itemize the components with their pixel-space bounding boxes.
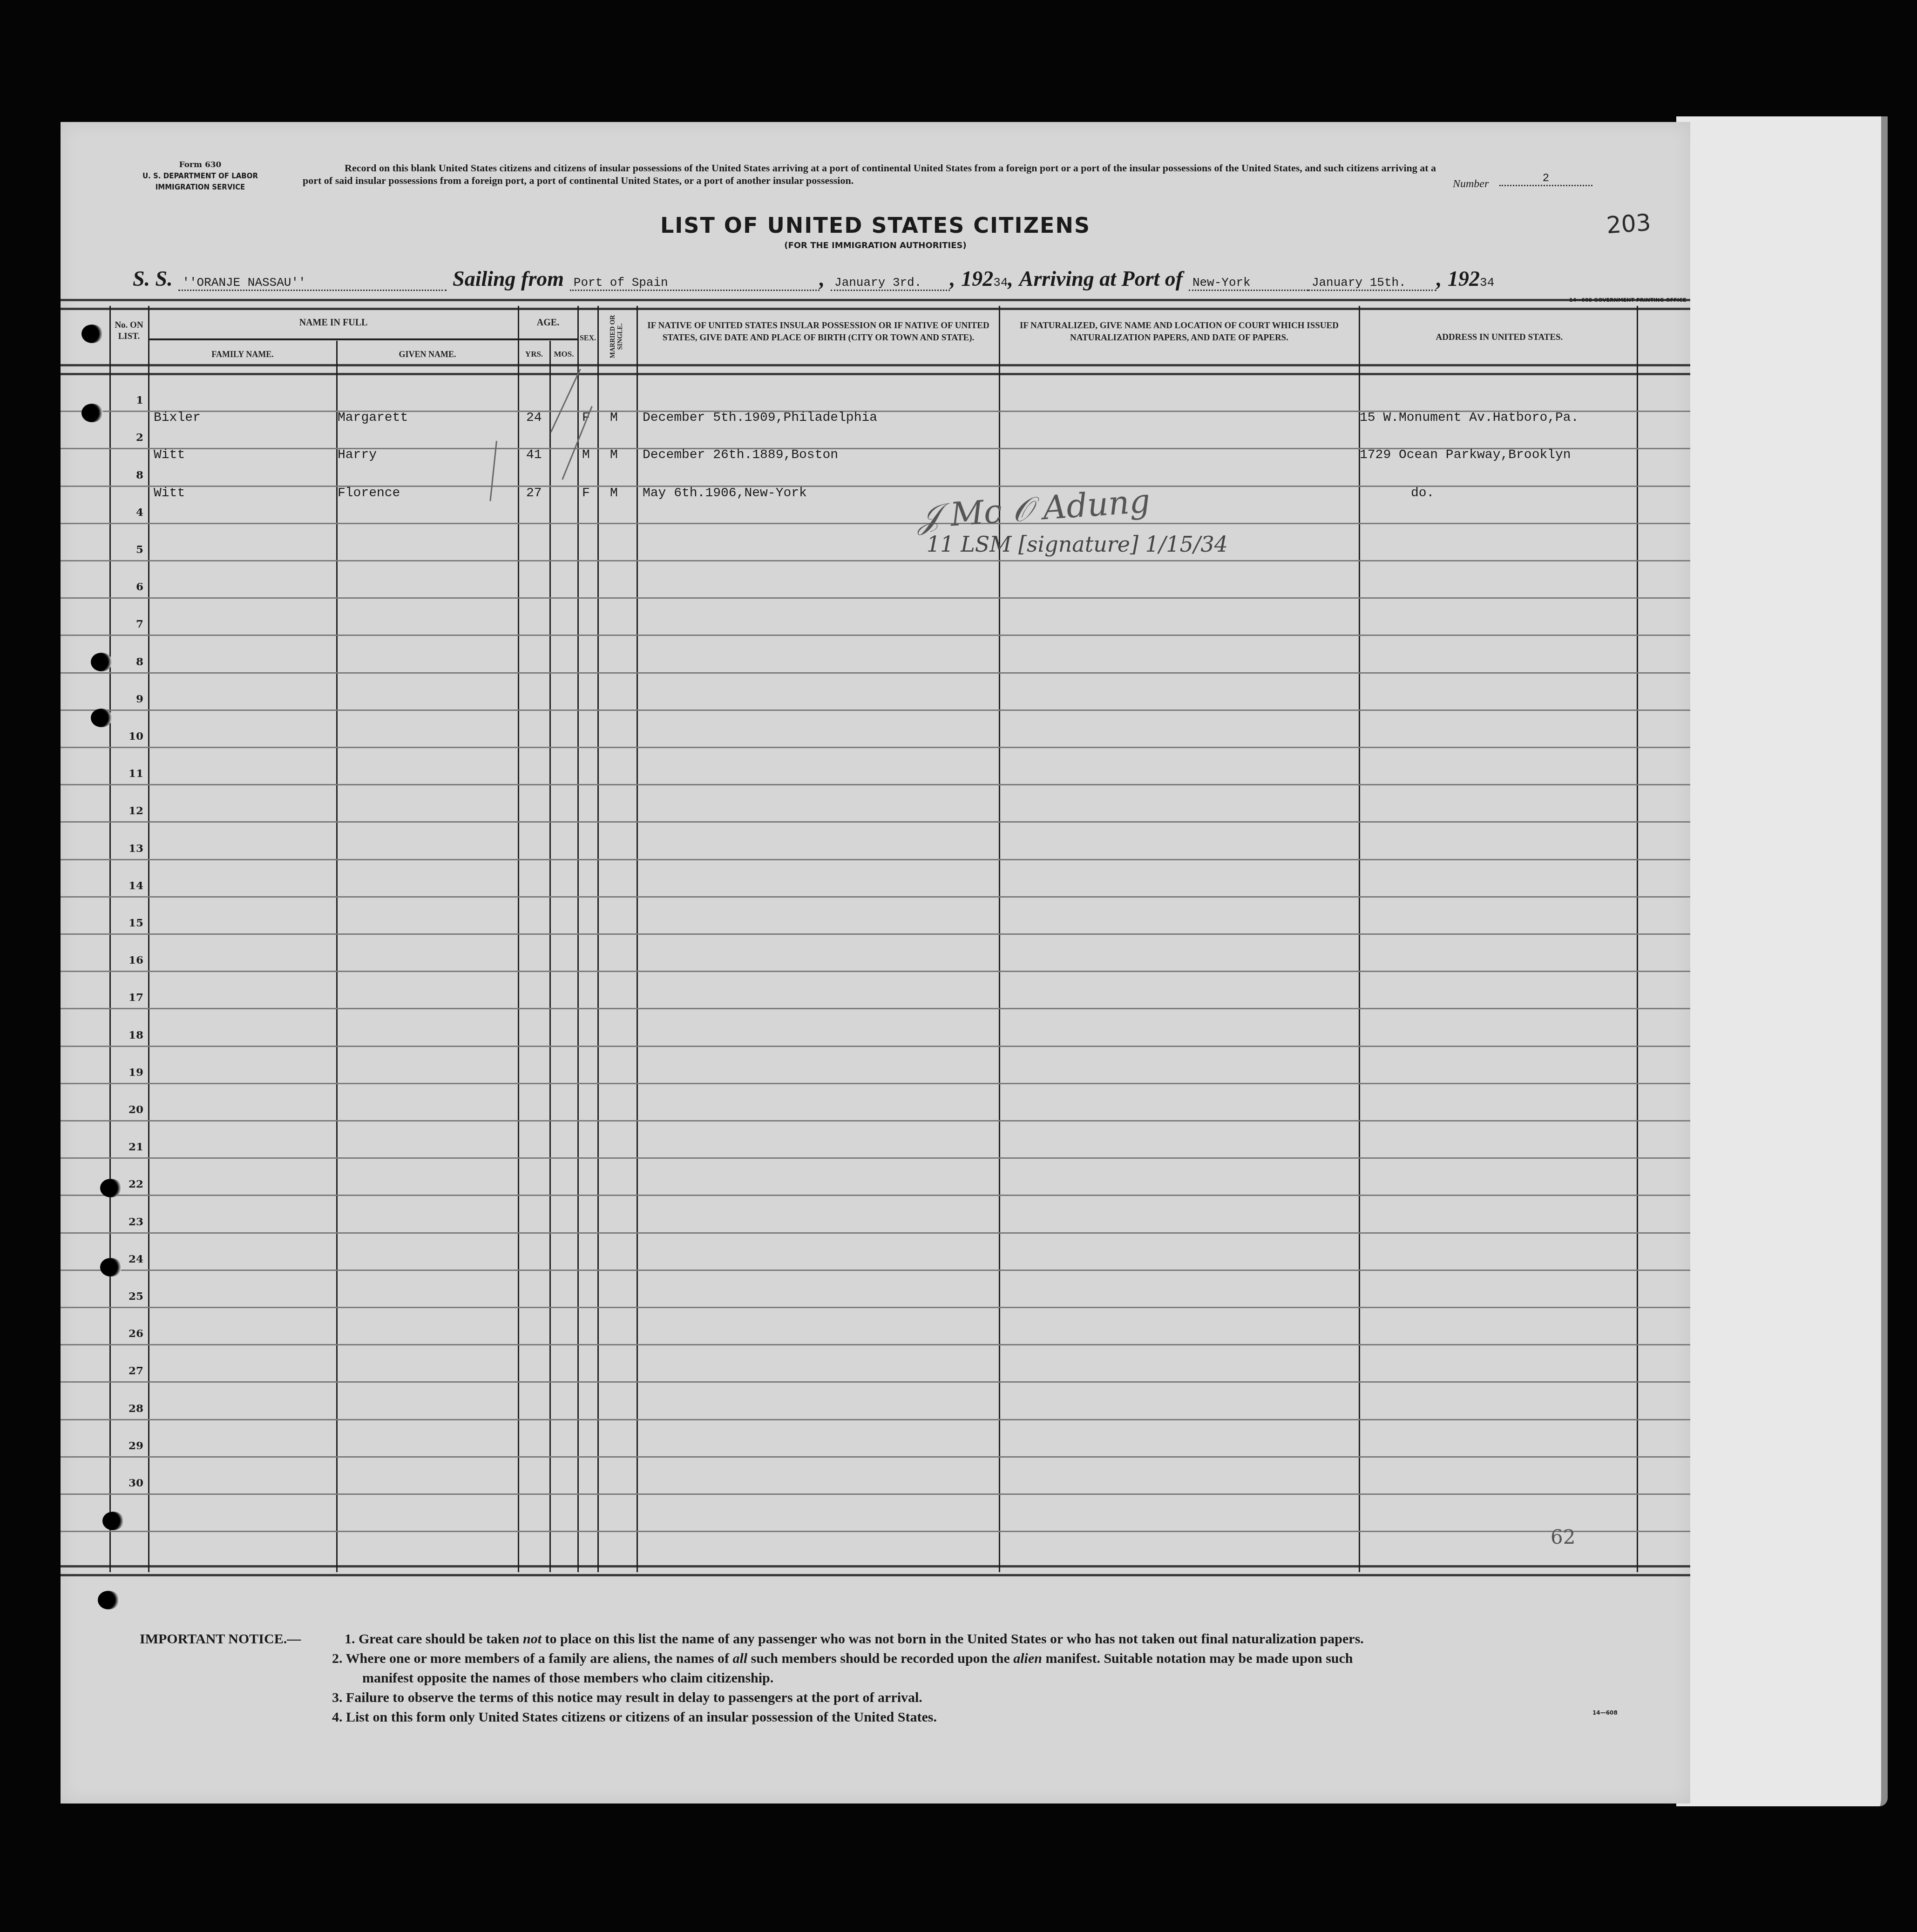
notice-item-number: 2. (332, 1651, 343, 1666)
row-rule (61, 821, 1690, 823)
notice-item-text: Where one or more members of a family ar… (345, 1651, 732, 1666)
row-number: 4 (111, 506, 143, 519)
row-number: 20 (111, 1103, 143, 1116)
row-rule (61, 1344, 1690, 1345)
name-age-subheader-rule (149, 338, 577, 340)
row-rule (61, 1419, 1690, 1420)
arrival-port: New-York (1189, 276, 1308, 291)
row-number: 8 (111, 655, 143, 668)
sex-cell: M (582, 448, 590, 462)
row-rule (61, 560, 1690, 561)
row-rule (61, 1381, 1690, 1383)
departure-port: Port of Spain (570, 276, 820, 291)
header-top-rule (61, 299, 1690, 310)
row-number: 13 (111, 842, 143, 855)
row-number: 30 (111, 1477, 143, 1489)
underlying-blank-sheet (1676, 116, 1888, 1806)
row-number: 6 (111, 581, 143, 593)
birth-cell: December 5th.1909,Philadelphia (643, 411, 877, 425)
punch-hole (81, 404, 103, 422)
row-rule (61, 1232, 1690, 1234)
row-number: 5 (111, 543, 143, 556)
department-name: U. S. DEPARTMENT OF LABOR (135, 170, 265, 182)
form-instructions: Record on this blank United States citiz… (303, 162, 1448, 187)
row-rule (61, 486, 1690, 487)
row-number: 23 (111, 1216, 143, 1228)
address-cell: 15 W.Monument Av.Hatboro,Pa. (1360, 411, 1578, 425)
row-rule (61, 933, 1690, 935)
header-name-in-full: NAME IN FULL (149, 317, 518, 329)
punch-hole (100, 1179, 122, 1197)
departure-year-suffix: 34 (993, 276, 1008, 290)
row-number: 26 (111, 1327, 143, 1340)
row-number: 7 (111, 618, 143, 630)
row-rule (61, 1456, 1690, 1458)
notice-item-number: 1. (345, 1631, 355, 1647)
arrival-year-suffix: 34 (1480, 276, 1494, 290)
row-number: 27 (111, 1365, 143, 1377)
header-naturalization: IF NATURALIZED, GIVE NAME AND LOCATION O… (1006, 320, 1353, 344)
notice-item-text: List on this form only United States cit… (346, 1709, 937, 1725)
birth-cell: December 26th.1889,Boston (643, 448, 838, 462)
marital-cell: M (610, 448, 618, 462)
row-number: 19 (111, 1066, 143, 1079)
notice-item-continuation: manifest opposite the names of those mem… (140, 1669, 1676, 1688)
row-number: 17 (111, 991, 143, 1004)
service-name: IMMIGRATION SERVICE (135, 182, 265, 193)
marital-cell: M (610, 411, 618, 425)
row-rule (61, 523, 1690, 524)
header-no-on-list: No. ON LIST. (110, 320, 148, 342)
row-number: 18 (111, 1029, 143, 1041)
punch-hole (98, 1591, 119, 1609)
number-value: 2 (1499, 172, 1592, 186)
row-rule (61, 635, 1690, 636)
page-title: LIST OF UNITED STATES CITIZENS (61, 213, 1690, 238)
header-age-mos: MOS. (550, 348, 577, 360)
row-rule (61, 1493, 1690, 1495)
age-yrs-cell: 24 (526, 411, 542, 425)
header-address: ADDRESS IN UNITED STATES. (1362, 331, 1637, 344)
row-number: 8 (111, 469, 143, 481)
handwritten-signature: 𝒥 Mc 𝒪 Adung (916, 482, 1152, 537)
important-notice: IMPORTANT NOTICE.—1. Great care should b… (140, 1629, 1676, 1727)
header-bottom-rule (61, 364, 1690, 375)
address-cell: do. (1411, 486, 1434, 500)
notice-emphasis: all (732, 1651, 747, 1666)
family-name-cell: Bixler (154, 411, 201, 425)
arriving-label: Arriving at Port of (1019, 267, 1183, 290)
row-rule (61, 1157, 1690, 1159)
row-rule (61, 597, 1690, 599)
handwritten-annotation: 11 LSM [signature] 1/15/34 (927, 532, 1228, 557)
notice-emphasis: alien (1013, 1651, 1042, 1666)
table-bottom-rule (61, 1565, 1690, 1576)
punch-hole (81, 324, 103, 343)
sex-cell: F (582, 486, 590, 500)
row-rule (61, 672, 1690, 674)
sailing-from-label: Sailing from (453, 267, 564, 290)
notice-item-text: to place on this list the name of any pa… (542, 1631, 1364, 1647)
departure-year-prefix: 192 (961, 267, 993, 290)
row-rule (61, 1531, 1690, 1532)
header-sex: SEX. (578, 332, 597, 345)
form-code: 14—608 (1592, 1709, 1618, 1716)
notice-item-text: Great care should be taken (359, 1631, 523, 1647)
row-rule (61, 1195, 1690, 1196)
stamped-page-number: 203 (1605, 209, 1652, 239)
check-mark (550, 369, 581, 432)
departure-date: January 3rd. (831, 276, 950, 291)
row-number: 29 (111, 1439, 143, 1452)
number-label: Number (1453, 178, 1489, 190)
row-rule (61, 971, 1690, 972)
age-yrs-cell: 41 (526, 448, 542, 462)
printer-mark: 14—608 GOVERNMENT PRINTING OFFICE (1569, 297, 1686, 303)
ss-label: S. S. (133, 267, 173, 290)
marital-cell: M (610, 486, 618, 500)
row-number: 9 (111, 693, 143, 705)
header-age-yrs: YRS. (519, 348, 549, 360)
row-rule (61, 1046, 1690, 1047)
row-number: 2 (111, 431, 143, 444)
check-mark (489, 441, 497, 501)
row-number: 25 (111, 1290, 143, 1303)
page-number: 62 (1551, 1526, 1575, 1548)
age-yrs-cell: 27 (526, 486, 542, 500)
row-number: 16 (111, 954, 143, 966)
row-rule (61, 896, 1690, 898)
header-married-single: MARRIED OR SINGLE. (610, 309, 624, 365)
header-family-name: FAMILY NAME. (149, 348, 336, 360)
manifest-page: Form 630 U. S. DEPARTMENT OF LABOR IMMIG… (61, 122, 1690, 1804)
form-number: Form 630 (135, 159, 265, 170)
address-cell: 1729 Ocean Parkway,Brooklyn (1360, 448, 1571, 462)
row-rule (61, 1307, 1690, 1308)
given-name-cell: Harry (338, 448, 377, 462)
column-divider (549, 341, 551, 1572)
given-name-cell: Margarett (338, 411, 408, 425)
row-rule (61, 1083, 1690, 1084)
notice-item-number: 4. (332, 1709, 343, 1725)
voyage-line: S. S. ''ORANJE NASSAU'' Sailing from Por… (133, 266, 1669, 294)
notice-item-number: 3. (332, 1690, 343, 1705)
row-number: 11 (111, 767, 143, 780)
punch-hole (102, 1512, 124, 1530)
row-rule (61, 784, 1690, 785)
header-age: AGE. (519, 317, 577, 329)
row-rule (61, 1270, 1690, 1271)
row-rule (61, 747, 1690, 748)
family-name-cell: Witt (154, 486, 185, 500)
arrival-date: January 15th. (1308, 276, 1436, 291)
notice-item-text: manifest. Suitable notation may be made … (1042, 1651, 1353, 1666)
notice-item-text: such members should be recorded upon the (747, 1651, 1013, 1666)
header-given-name: GIVEN NAME. (337, 348, 518, 360)
row-rule (61, 709, 1690, 711)
row-number: 14 (111, 879, 143, 892)
row-rule (61, 1008, 1690, 1009)
punch-hole (91, 653, 112, 671)
notice-lead: IMPORTANT NOTICE.— (140, 1629, 345, 1649)
row-number: 28 (111, 1402, 143, 1415)
ship-name: ''ORANJE NASSAU'' (178, 276, 447, 291)
punch-hole (91, 709, 112, 727)
punch-hole (100, 1258, 122, 1277)
row-number: 1 (111, 394, 143, 406)
notice-item-text: Failure to observe the terms of this not… (346, 1690, 922, 1705)
arrival-year-prefix: 192 (1448, 267, 1480, 290)
notice-emphasis: not (523, 1631, 542, 1647)
header-birth-info: IF NATIVE OF UNITED STATES INSULAR POSSE… (643, 320, 994, 344)
row-number: 10 (111, 730, 143, 743)
column-divider (336, 341, 338, 1572)
row-number: 12 (111, 804, 143, 817)
birth-cell: May 6th.1906,New-York (643, 486, 807, 500)
form-identifier: Form 630 U. S. DEPARTMENT OF LABOR IMMIG… (135, 159, 265, 193)
page-subtitle: (FOR THE IMMIGRATION AUTHORITIES) (61, 241, 1690, 250)
given-name-cell: Florence (338, 486, 400, 500)
family-name-cell: Witt (154, 448, 185, 462)
row-number: 21 (111, 1141, 143, 1153)
row-number: 15 (111, 917, 143, 929)
row-rule (61, 1120, 1690, 1121)
row-rule (61, 859, 1690, 860)
